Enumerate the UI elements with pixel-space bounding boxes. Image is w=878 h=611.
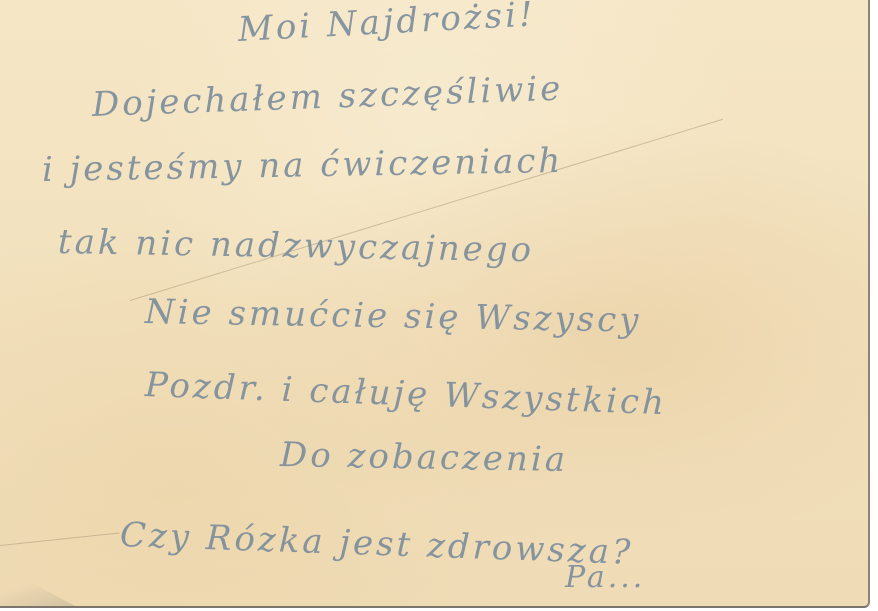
postcard: Moi Najdrożsi! Dojechałem szczęśliwie i … xyxy=(0,0,870,608)
salutation: Moi Najdrożsi! xyxy=(237,0,537,50)
handwritten-line: tak nic nadzwyczajnego xyxy=(58,222,535,270)
closing: Do zobaczenia xyxy=(280,435,569,480)
handwritten-line: Dojechałem szczęśliwie xyxy=(91,69,564,125)
corner-shadow xyxy=(0,566,75,606)
postscript-question: Czy Rózka jest zdrowsza? xyxy=(119,515,634,573)
fold-crease xyxy=(0,532,119,546)
handwritten-line: Nie smućcie się Wszyscy xyxy=(145,292,642,341)
signature: Pa... xyxy=(565,560,645,595)
handwritten-line: i jesteśmy na ćwiczeniach xyxy=(42,141,564,190)
handwritten-line: Pozdr. i całuję Wszystkich xyxy=(144,365,667,423)
